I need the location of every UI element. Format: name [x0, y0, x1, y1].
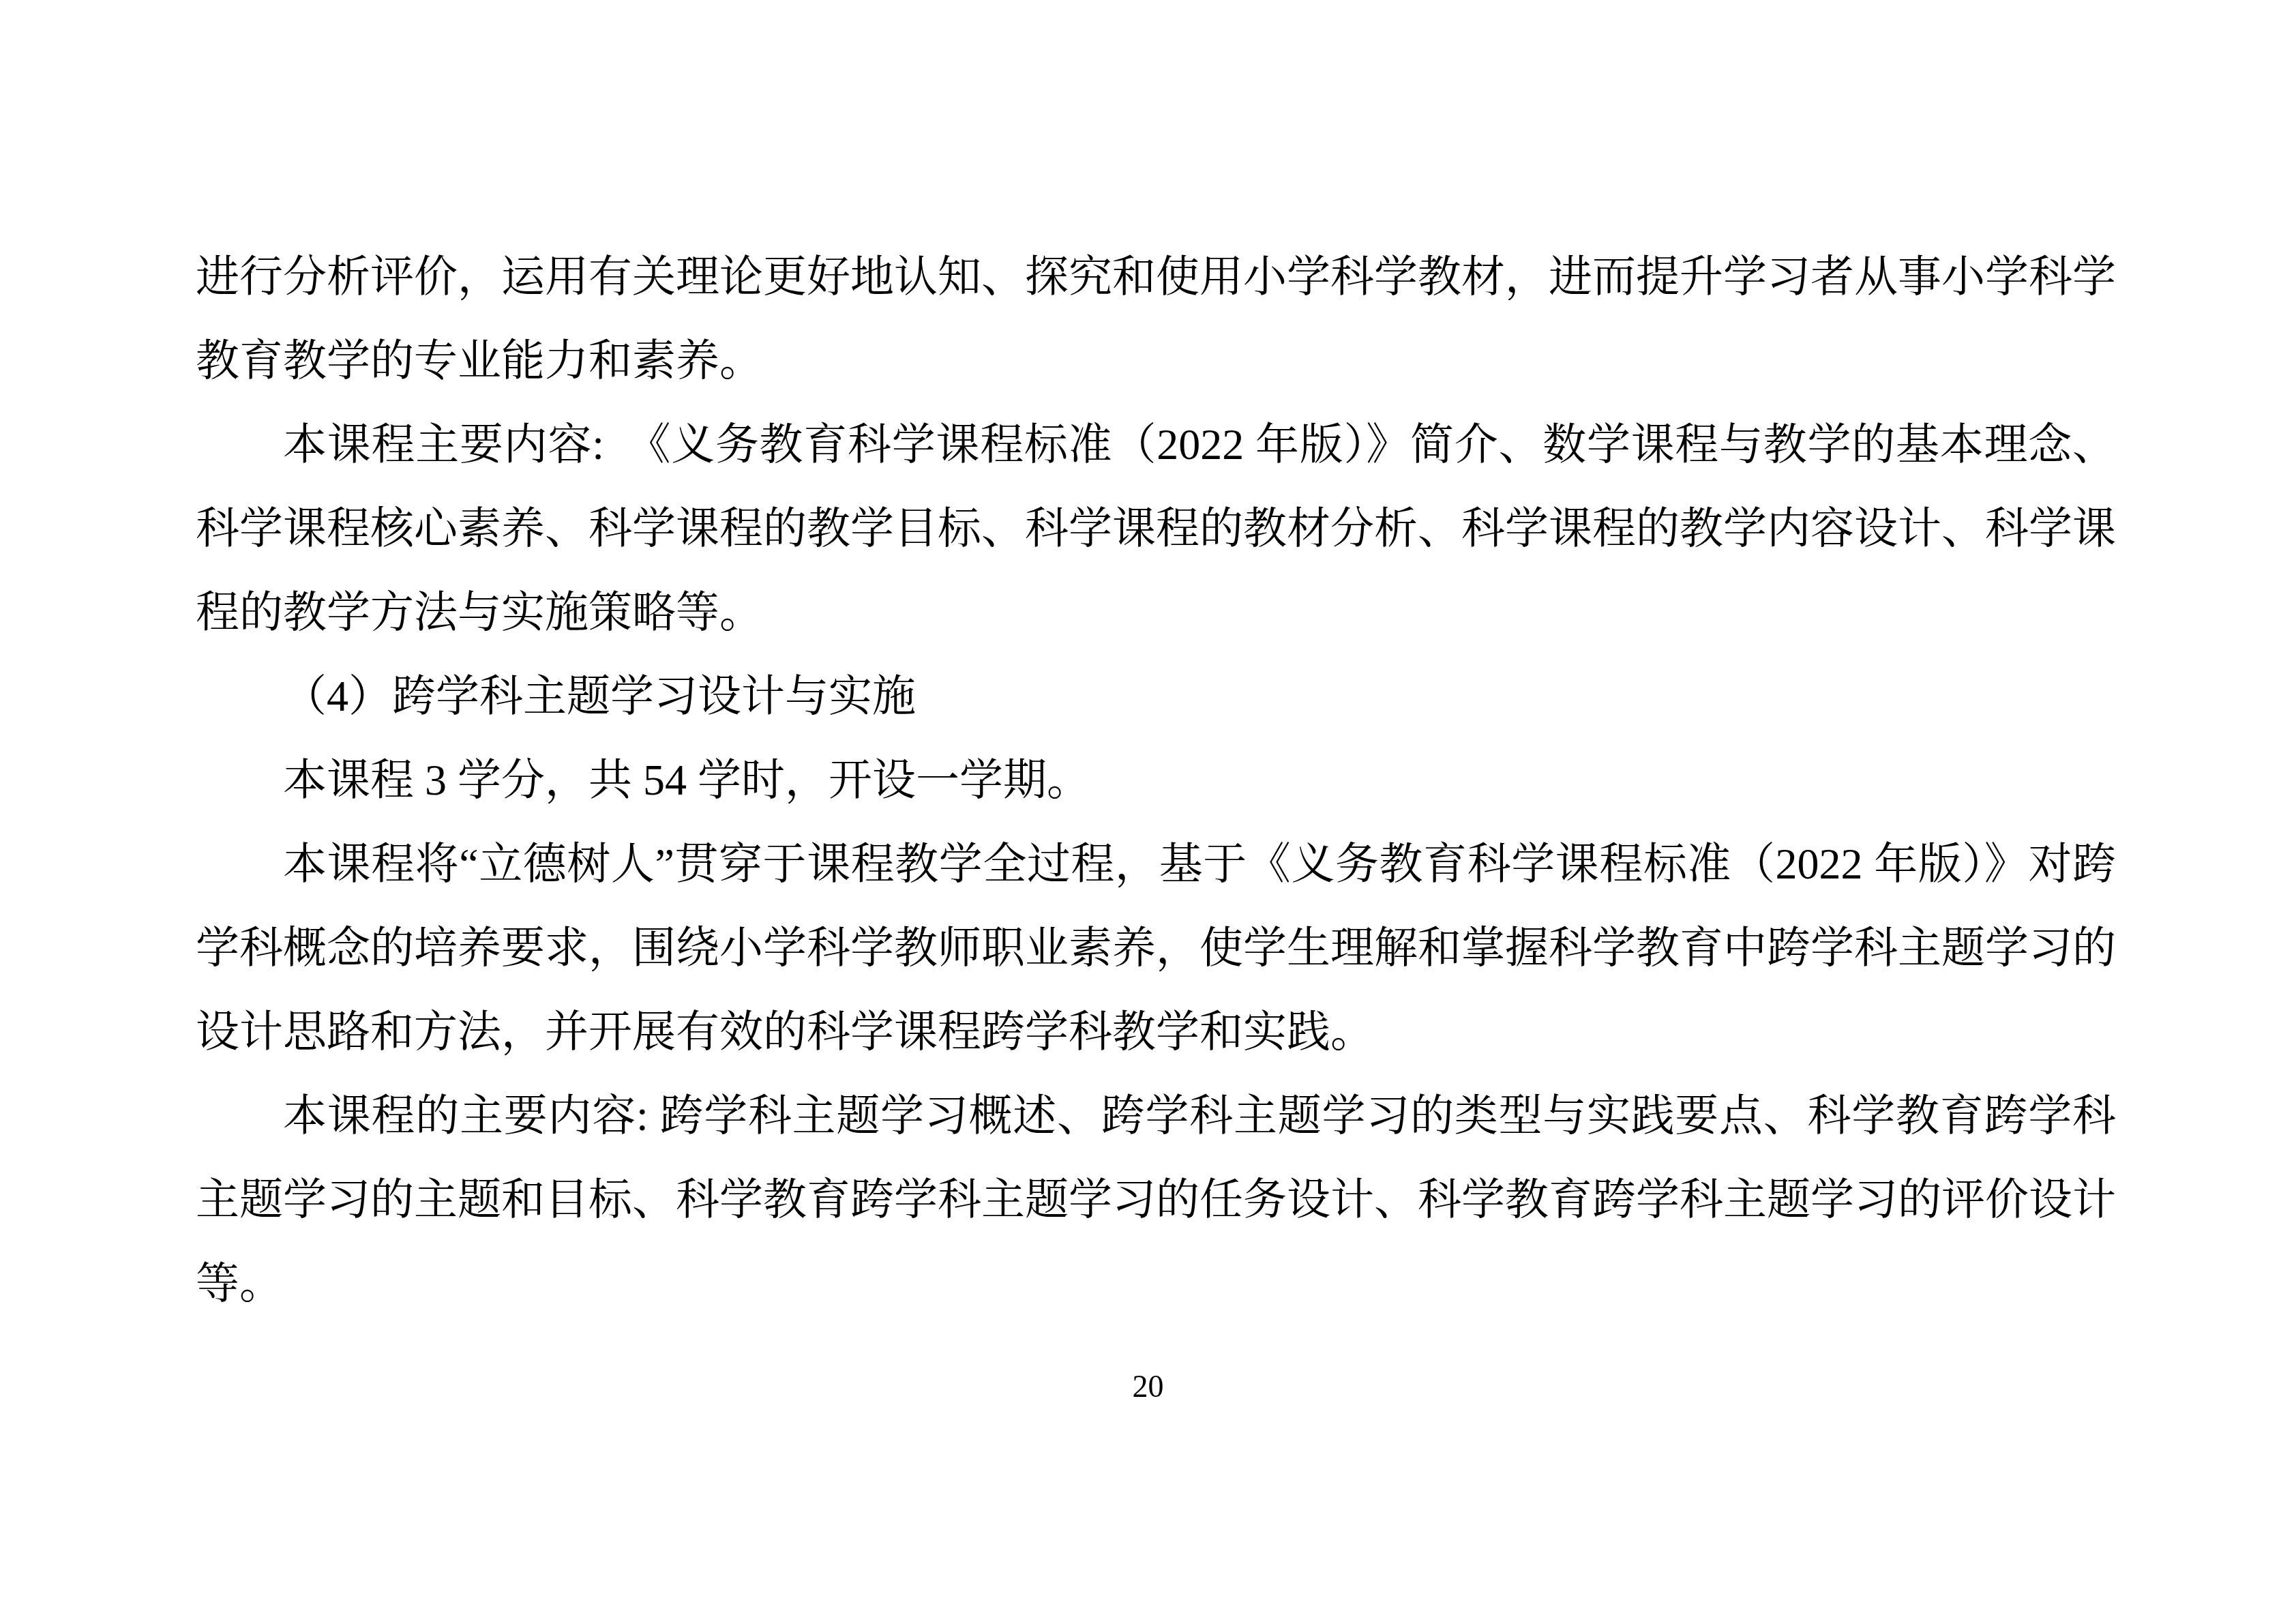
paragraph: 进行分析评价，运用有关理论更好地认知、探究和使用小学科学教材，进而提升学习者从事…: [196, 235, 2116, 402]
page-body-text: 进行分析评价，运用有关理论更好地认知、探究和使用小学科学教材，进而提升学习者从事…: [196, 235, 2116, 1325]
paragraph: 本课程将“立德树人”贯穿于课程教学全过程，基于《义务教育科学课程标准（2022 …: [196, 822, 2116, 1074]
paragraph-section-heading: （4）跨学科主题学习设计与实施: [196, 654, 2116, 738]
document-page: 进行分析评价，运用有关理论更好地认知、探究和使用小学科学教材，进而提升学习者从事…: [0, 0, 2296, 1624]
paragraph: 本课程主要内容: 《义务教育科学课程标准（2022 年版）》简介、数学课程与教学…: [196, 402, 2116, 654]
paragraph: 本课程 3 学分，共 54 学时，开设一学期。: [196, 738, 2116, 822]
paragraph: 本课程的主要内容: 跨学科主题学习概述、跨学科主题学习的类型与实践要点、科学教育…: [196, 1074, 2116, 1325]
page-number: 20: [0, 1368, 2296, 1406]
